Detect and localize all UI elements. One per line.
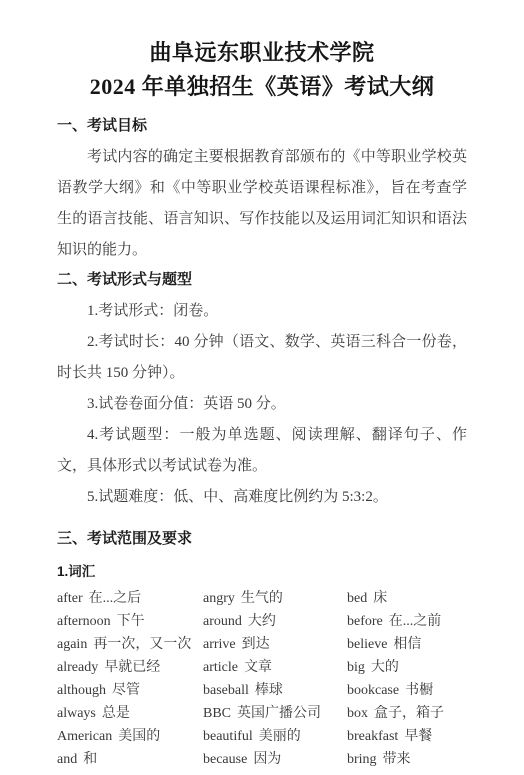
vocab-entry: believe相信 xyxy=(347,633,467,656)
vocab-entry: baseball棒球 xyxy=(203,679,347,702)
exam-format-item-2: 2.考试时长：40 分钟（语文、数学、英语三科合一份卷，时长共 150 分钟）。 xyxy=(57,327,467,389)
section-heading-exam-scope: 三、考试范围及要求 xyxy=(57,529,467,549)
vocab-entry: bookcase书橱 xyxy=(347,679,467,702)
exam-format-item-1: 1.考试形式：闭卷。 xyxy=(57,296,467,327)
vocab-column-1: after在...之后 afternoon下午 again再一次，又一次 alr… xyxy=(57,587,203,771)
vocab-entry: bed床 xyxy=(347,587,467,610)
vocab-word: again xyxy=(57,637,87,652)
vocab-entry: because因为 xyxy=(203,748,347,771)
document-title-line1: 曲阜远东职业技术学院 xyxy=(57,36,467,70)
vocab-entry: bring带来 xyxy=(347,748,467,771)
vocab-entry: before在...之前 xyxy=(347,610,467,633)
vocab-entry: arrive到达 xyxy=(203,633,347,656)
paragraph-exam-objectives: 考试内容的确定主要根据教育部颁布的《中等职业学校英语教学大纲》和《中等职业学校英… xyxy=(57,142,467,266)
vocab-meaning: 总是 xyxy=(102,706,130,721)
vocab-word: bring xyxy=(347,752,377,767)
vocab-word: always xyxy=(57,706,96,721)
vocab-word: bookcase xyxy=(347,683,399,698)
vocab-entry: again再一次，又一次 xyxy=(57,633,203,656)
vocab-word: beautiful xyxy=(203,729,253,744)
vocab-entry: always总是 xyxy=(57,702,203,725)
vocab-meaning: 尽管 xyxy=(112,683,140,698)
vocab-entry: around大约 xyxy=(203,610,347,633)
vocab-meaning: 英国广播公司 xyxy=(237,706,321,721)
vocab-list: after在...之后 afternoon下午 again再一次，又一次 alr… xyxy=(57,587,467,771)
vocab-meaning: 在...之前 xyxy=(389,614,442,629)
vocab-word: although xyxy=(57,683,106,698)
vocab-meaning: 美丽的 xyxy=(259,729,301,744)
vocab-meaning: 棒球 xyxy=(255,683,283,698)
vocab-meaning: 床 xyxy=(373,591,387,606)
vocab-word: because xyxy=(203,752,247,767)
vocab-entry: angry生气的 xyxy=(203,587,347,610)
vocab-meaning: 早餐 xyxy=(404,729,432,744)
vocab-meaning: 文章 xyxy=(244,660,272,675)
vocab-entry: although尽管 xyxy=(57,679,203,702)
vocab-word: after xyxy=(57,591,83,606)
vocab-word: already xyxy=(57,660,98,675)
exam-format-item-5: 5.试题难度：低、中、高难度比例约为 5:3:2。 xyxy=(57,482,467,513)
vocab-word: and xyxy=(57,752,77,767)
vocab-meaning: 相信 xyxy=(393,637,421,652)
vocab-meaning: 和 xyxy=(83,752,97,767)
vocab-meaning: 到达 xyxy=(242,637,270,652)
vocab-entry: BBC英国广播公司 xyxy=(203,702,347,725)
vocab-meaning: 下午 xyxy=(117,614,145,629)
vocab-column-2: angry生气的 around大约 arrive到达 article文章 bas… xyxy=(203,587,347,771)
vocab-word: breakfast xyxy=(347,729,398,744)
vocab-entry: box盒子，箱子 xyxy=(347,702,467,725)
vocab-word: box xyxy=(347,706,368,721)
vocab-meaning: 大约 xyxy=(248,614,276,629)
vocab-word: angry xyxy=(203,591,235,606)
document-title-line2: 2024 年单独招生《英语》考试大纲 xyxy=(57,70,467,104)
vocab-subheading: 1.词汇 xyxy=(57,563,467,581)
vocab-entry: already早就已经 xyxy=(57,656,203,679)
exam-format-item-3: 3.试卷卷面分值：英语 50 分。 xyxy=(57,389,467,420)
vocab-meaning: 书橱 xyxy=(405,683,433,698)
vocab-meaning: 大的 xyxy=(371,660,399,675)
vocab-meaning: 盒子，箱子 xyxy=(374,706,444,721)
vocab-word: before xyxy=(347,614,383,629)
vocab-entry: afternoon下午 xyxy=(57,610,203,633)
vocab-word: baseball xyxy=(203,683,249,698)
vocab-entry: big大的 xyxy=(347,656,467,679)
vocab-entry: after在...之后 xyxy=(57,587,203,610)
vocab-entry: and和 xyxy=(57,748,203,771)
vocab-meaning: 生气的 xyxy=(241,591,283,606)
exam-format-item-4: 4.考试题型：一般为单选题、阅读理解、翻译句子、作文，具体形式以考试试卷为准。 xyxy=(57,420,467,482)
vocab-word: article xyxy=(203,660,238,675)
section-heading-exam-format: 二、考试形式与题型 xyxy=(57,270,467,290)
vocab-entry: beautiful美丽的 xyxy=(203,725,347,748)
vocab-entry: breakfast早餐 xyxy=(347,725,467,748)
vocab-word: BBC xyxy=(203,706,231,721)
vocab-word: American xyxy=(57,729,112,744)
vocab-column-3: bed床 before在...之前 believe相信 big大的 bookca… xyxy=(347,587,467,771)
vocab-word: big xyxy=(347,660,365,675)
document-page: 曲阜远东职业技术学院 2024 年单独招生《英语》考试大纲 一、考试目标 考试内… xyxy=(0,0,524,775)
vocab-word: afternoon xyxy=(57,614,111,629)
vocab-entry: article文章 xyxy=(203,656,347,679)
vocab-meaning: 因为 xyxy=(253,752,281,767)
vocab-meaning: 再一次，又一次 xyxy=(93,637,191,652)
vocab-meaning: 早就已经 xyxy=(104,660,160,675)
vocab-word: bed xyxy=(347,591,367,606)
vocab-meaning: 带来 xyxy=(383,752,411,767)
vocab-entry: American美国的 xyxy=(57,725,203,748)
vocab-meaning: 美国的 xyxy=(118,729,160,744)
vocab-meaning: 在...之后 xyxy=(89,591,142,606)
vocab-word: arrive xyxy=(203,637,236,652)
vocab-word: around xyxy=(203,614,242,629)
vocab-word: believe xyxy=(347,637,387,652)
section-heading-exam-objectives: 一、考试目标 xyxy=(57,116,467,136)
